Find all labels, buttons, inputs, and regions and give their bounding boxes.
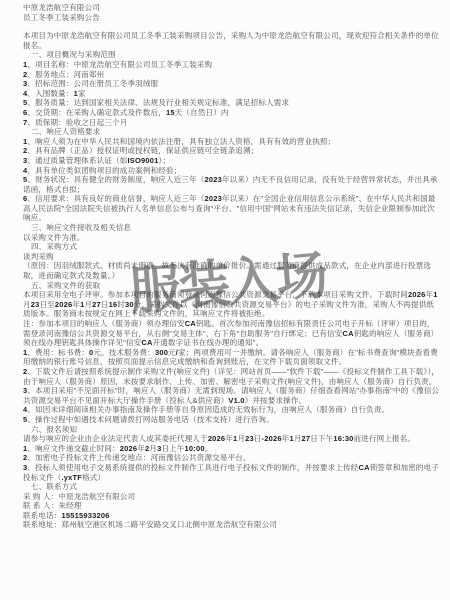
- paragraph: 六、报名须知: [23, 425, 441, 435]
- paragraph: 联 系 人：朱经理: [23, 501, 441, 511]
- document-body: 本项目为中原龙浩航空有限公司员工冬季工装采购项目公告，采购人为中原龙浩航空有限公…: [23, 31, 441, 530]
- paragraph: 5、服务质量：达到国家相关法律、法规及行业相关规定标准，满足招标人需求: [23, 98, 441, 108]
- paragraph: 4、入围数量：1家: [23, 89, 441, 99]
- paragraph: 4、如因未详细阅读相关办事指南及操作手册等自身原因造成的无效标行为，由响应人（服…: [23, 405, 441, 415]
- paragraph: 1、响应人须为在中华人民共和国境内依法注册，具有独立法人资格，具有有效的营业执照…: [23, 137, 441, 147]
- paragraph: 一、项目概况与采购范围: [23, 50, 441, 60]
- paragraph: 联系地址：郑州航空港区机场二路平安路交叉口北侧中原龙浩航空有限公司: [23, 520, 441, 530]
- paragraph: 3、通过质量管理体系认证（如ISO9001）；: [23, 156, 441, 166]
- paragraph: 谈判采购: [23, 252, 441, 262]
- paragraph: 请参与响应的企业由企业法定代表人或其委托代理人于2026年1月23日-2026年…: [23, 434, 441, 444]
- paragraph: 1、响应文件递交截止时间：2026年2月3日上午10:00。: [23, 444, 441, 454]
- paragraph: 4、具有单位类似团购项目的成功案例和经验；: [23, 166, 441, 176]
- paragraph: 五、采购文件的获取: [23, 281, 441, 291]
- paragraph: 6、交货期：在采购人确定款式及件数后，15天（自然日）内: [23, 108, 441, 118]
- paragraph: 三、响应文件接收及相关信息: [23, 223, 441, 233]
- paragraph: 3、投标人须使用电子交易系统提供的投标文件制作工具进行电子投标文件的制作，并按要…: [23, 463, 441, 482]
- paragraph: 本项目采用全电子评审。参加本项目的服务商须登录河南豫信公共资源交易平台，下载本项…: [23, 290, 441, 319]
- document-content: 中原龙浩航空有限公司 员工冬季工装采购公告 本项目为中原龙浩航空有限公司员工冬季…: [23, 3, 441, 530]
- paragraph: 5、操作过程中如遇技术问题请拨打网站服务电话（技术支持）进行咨询。: [23, 415, 441, 425]
- paragraph: 5、财务状况：具有健全的财务制度，响应人近三年（2023年以来）内无不良信用记录…: [23, 175, 441, 194]
- paragraph: （原因：因羽绒服款式、材质尚未明确，故无法有准确的单价报价。需通过服务商提供成品…: [23, 261, 441, 280]
- paragraph: 1、费用：标书费：0元。技术服务费：300元/家；两项费用可一并缴纳。请各响应人…: [23, 348, 441, 367]
- paragraph: 七、联系方式: [23, 482, 441, 492]
- paragraph: 本项目为中原龙浩航空有限公司员工冬季工装采购项目公告，采购人为中原龙浩航空有限公…: [23, 31, 441, 50]
- paragraph: 二、响应人资格要求: [23, 127, 441, 137]
- paragraph: 2、下载文件后请按照系统提示制作采购文件(响应文件)（详见：网站首页——"软件下…: [23, 367, 441, 386]
- announcement-page: 中原龙浩航空有限公司 员工冬季工装采购公告 本项目为中原龙浩航空有限公司员工冬季…: [0, 0, 450, 600]
- paragraph: 7、质保期：验收之日起三个月: [23, 118, 441, 128]
- paragraph: 2、服务地点：河南郑州: [23, 70, 441, 80]
- paragraph: 2、具有品牌（正品）授权证明或授权链，保证供应链可全链条追溯；: [23, 146, 441, 156]
- paragraph: 注：参加本项目的响应人（服务商）须办理信安CA钥匙。首次参加河南豫信招标有限责任…: [23, 319, 441, 348]
- document-title-block: 中原龙浩航空有限公司 员工冬季工装采购公告: [23, 3, 441, 22]
- paragraph: 四、采购方式: [23, 242, 441, 252]
- paragraph: 以采购文件为准。: [23, 233, 441, 243]
- announcement-title: 员工冬季工装采购公告: [23, 13, 441, 23]
- paragraph: 1、项目名称：中原龙浩航空有限公司员工冬季工装采购: [23, 60, 441, 70]
- paragraph: 2、加密电子投标文件上传递交地点：河南豫信公共资源交易平台。: [23, 453, 441, 463]
- company-name: 中原龙浩航空有限公司: [23, 3, 441, 13]
- paragraph: 3、本项目采用"不见面开标"时，响应人（服务商）无需到现场。请响应人（服务商）仔…: [23, 386, 441, 405]
- paragraph: 3、招标范围：公司在册员工冬季羽绒服: [23, 79, 441, 89]
- paragraph: 采 购 人：中原龙浩航空有限公司: [23, 492, 441, 502]
- paragraph: 6、信用要求：具有良好的商业信誉，响应人近三年（2023年以来）在"全国企业信用…: [23, 194, 441, 223]
